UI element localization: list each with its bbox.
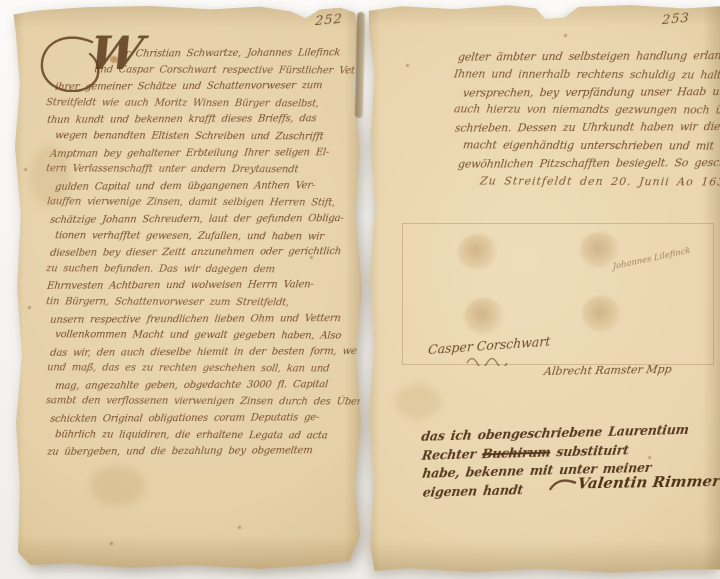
manuscript-line: vollenkommen Macht und gewalt gegeben ha… [54,327,361,345]
speck [28,306,31,309]
stain [396,384,441,419]
manuscript-line: zu übergeben, und die bezahlung bey obge… [46,443,361,462]
manuscript-line: und maß, das es zu rechten geschehen sol… [46,361,361,379]
right-page-text: gelter ämbter und selbsteigen handlung e… [454,48,706,190]
wax-seal-mark [458,234,498,270]
manuscript-line: unsern respective freundlichen lieben Oh… [49,311,361,329]
manuscript-line: lauffen vierwenige Zinsen, damit selbige… [46,195,361,213]
manuscript-line: ihrer gemeiner Schätze und Schattenvorwe… [54,78,361,96]
bottom-note-segment: Rechter [421,446,483,463]
signature-swash-icon [549,479,577,491]
manuscript-line: macht eigenhändtig unterschrieben und mi… [462,136,707,155]
left-page: 252 W ir Christian Schwartze, Johannes L… [10,6,362,569]
speck [24,168,27,171]
speck [406,64,409,67]
manuscript-line: tin Bürgern, Schattenvorweser zum Streit… [45,294,361,312]
signature-albrecht-ramster: Albrecht Ramster Mpp [543,363,672,378]
manuscript-line: schrieben. Dessen zu Uhrkundt haben wir … [454,118,707,137]
page-number-left: 252 [315,12,344,30]
speck [110,542,113,545]
manuscript-line: Amptman bey gehaltener Erbteilung Ihrer … [49,145,361,163]
wax-seal-mark [464,298,504,334]
manuscript-line: bührlich zu liquidiren, die erhaltene Le… [54,427,361,445]
left-page-text: ir Christian Schwartze, Johannes Lilefin… [46,46,360,461]
manuscript-line: gelter ämbter und selbsteigen handlung e… [457,47,707,66]
stain [90,466,145,506]
manuscript-line: schickten Original obligationes coram De… [49,410,361,428]
manuscript-line: zu suchen befunden. Das wir dagegen dem [45,261,361,279]
manuscript-line: tern Verlassenschafft unter andern Dreyt… [45,161,361,179]
manuscript-photo: 252 W ir Christian Schwartze, Johannes L… [0,0,720,579]
bottom-note-segment: substituirt [549,442,629,459]
torn-edge-fragment [355,12,365,118]
manuscript-line: tionen verhafftet gewesen, Zufallen, und… [54,228,361,246]
signature-valentin-text: Valentin Rimmer [576,472,720,493]
manuscript-line: Zu Streitfeldt den 20. Junii Ao 1631. [479,172,707,191]
manuscript-line: schätzige Johann Schreudern, laut der ge… [49,211,361,229]
speck [564,34,567,37]
signature-flourish-icon [466,356,512,366]
struck-through-word: Buchirum [481,444,551,461]
left-page-wrap: 252 W ir Christian Schwartze, Johannes L… [10,6,362,569]
manuscript-line: versprechen, bey verpfändung unser Haab … [462,83,707,102]
speck [238,526,241,529]
right-page-wrap: 253 gelter ämbter und selbsteigen handlu… [366,4,720,574]
manuscript-line: gewöhnlichen Pitzschafften besiegelt. So… [457,154,707,173]
manuscript-line: Ehrnvesten Achtbaren und wolweisen Herrn… [46,277,361,296]
manuscript-line: dieselben bey dieser Zeitt anzunehmen od… [49,244,361,262]
manuscript-line: auch hierzu von niemandts gezwungen noch… [453,101,707,120]
manuscript-line: thun kundt und bekennen krafft dieses Br… [46,111,361,130]
manuscript-line: und Caspar Corschwart respective Fürstli… [93,62,361,80]
manuscript-line: wegen benandten Eltisten Schreiben und Z… [54,128,361,146]
manuscript-line: das wir, den auch dieselbe hiemit in der… [49,344,361,362]
wax-seal-mark [582,296,622,332]
page-number-right: 253 [662,11,691,29]
manuscript-line: sambt den verflossenen vierwenigen Zinse… [45,394,361,412]
manuscript-line: ir Christian Schwartze, Johannes Lilefin… [121,45,361,63]
manuscript-line: Ihnen und innerhalb rechtens schuldig zu… [453,65,707,84]
signature-valentin-rimmer: Valentin Rimmer [505,472,720,494]
manuscript-line: gulden Capital und dem übgangenen Anthen… [54,178,361,196]
right-page: 253 gelter ämbter und selbsteigen handlu… [366,4,720,574]
